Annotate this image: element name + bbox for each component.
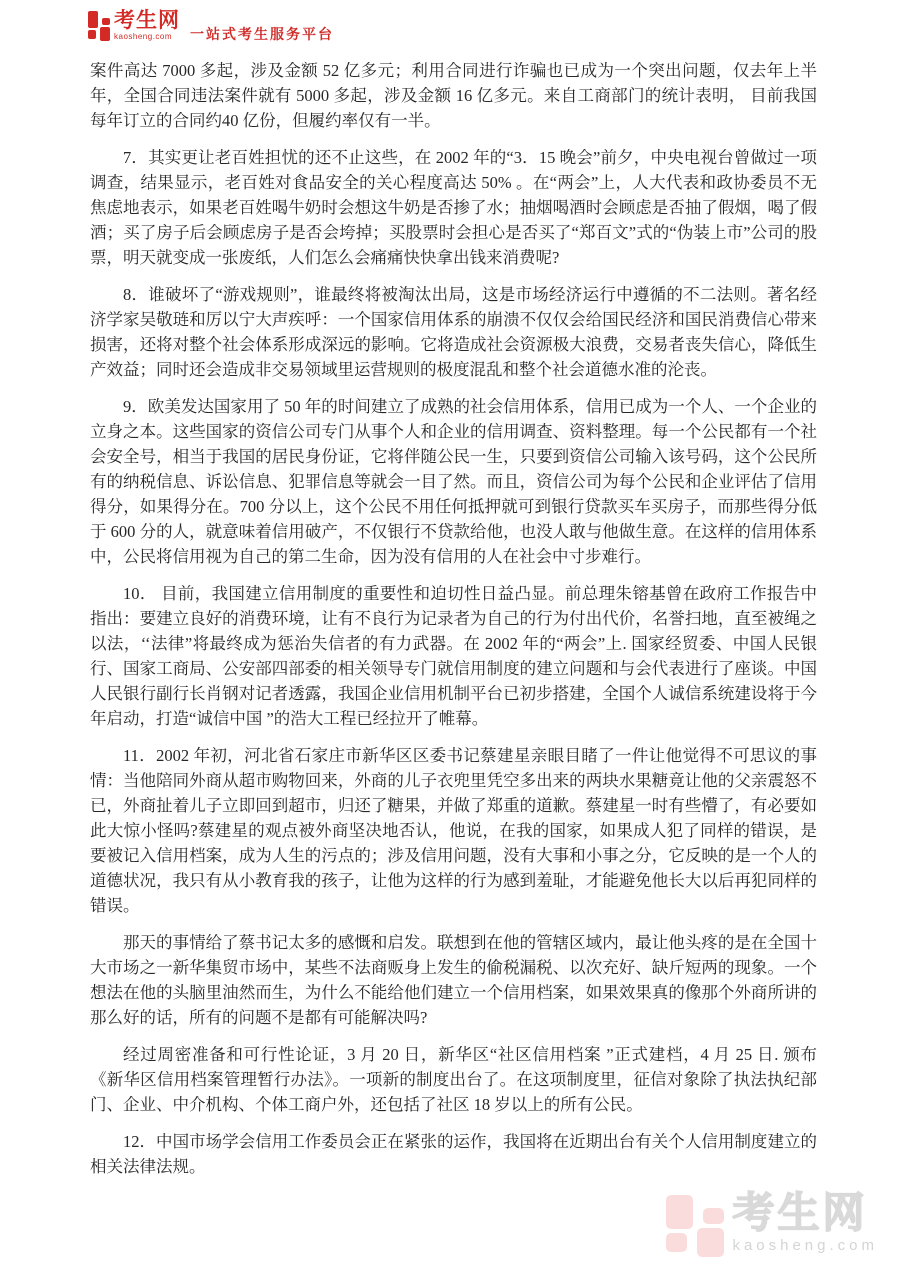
brand-tagline: 一站式考生服务平台 <box>190 24 334 44</box>
site-header: 考生网 kaosheng.com 一站式考生服务平台 <box>88 10 334 48</box>
paragraph-contract-cases: 案件高达 7000 多起，涉及金额 52 亿多元；利用合同进行诈骗也已成为一个突… <box>90 58 817 133</box>
paragraph-item-11-continued: 那天的事情给了蔡书记太多的感慨和启发。联想到在他的管辖区域内，最让他头疼的是在全… <box>90 930 817 1030</box>
paragraph-item-10: 10． 目前，我国建立信用制度的重要性和迫切性日益凸显。前总理朱镕基曾在政府工作… <box>90 581 817 731</box>
document-body: 案件高达 7000 多起，涉及金额 52 亿多元；利用合同进行诈骗也已成为一个突… <box>90 58 817 1191</box>
kaosheng-watermark: 考生网 kaosheng.com <box>666 1193 878 1257</box>
paragraph-item-11-archive: 经过周密准备和可行性论证，3 月 20 日，新华区“社区信用档案 ”正式建档，4… <box>90 1042 817 1117</box>
paragraph-item-11: 11．2002 年初，河北省石家庄市新华区区委书记蔡建星亲眼目睹了一件让他觉得不… <box>90 743 817 918</box>
brand-domain-text: kaosheng.com <box>114 33 180 41</box>
brand-name: 考生网 <box>114 10 180 31</box>
kaosheng-logo-icon <box>88 11 110 41</box>
paragraph-item-9: 9．欧美发达国家用了 50 年的时间建立了成熟的社会信用体系，信用已成为一个人、… <box>90 394 817 569</box>
kaosheng-logo: 考生网 kaosheng.com 一站式考生服务平台 <box>88 10 334 44</box>
paragraph-item-7: 7．其实更让老百姓担忧的还不止这些，在 2002 年的“3．15 晚会”前夕，中… <box>90 145 817 270</box>
watermark-brand-name: 考生网 <box>732 1193 878 1235</box>
document-page: 考生网 kaosheng.com 一站式考生服务平台 案件高达 7000 多起，… <box>0 0 900 1273</box>
watermark-brand-domain: kaosheng.com <box>732 1238 878 1253</box>
kaosheng-watermark-icon <box>666 1195 724 1257</box>
paragraph-item-8: 8．谁破坏了“游戏规则”，谁最终将被淘汰出局，这是市场经济运行中遵循的不二法则。… <box>90 282 817 382</box>
paragraph-item-12: 12．中国市场学会信用工作委员会正在紧张的运作，我国将在近期出台有关个人信用制度… <box>90 1129 817 1179</box>
